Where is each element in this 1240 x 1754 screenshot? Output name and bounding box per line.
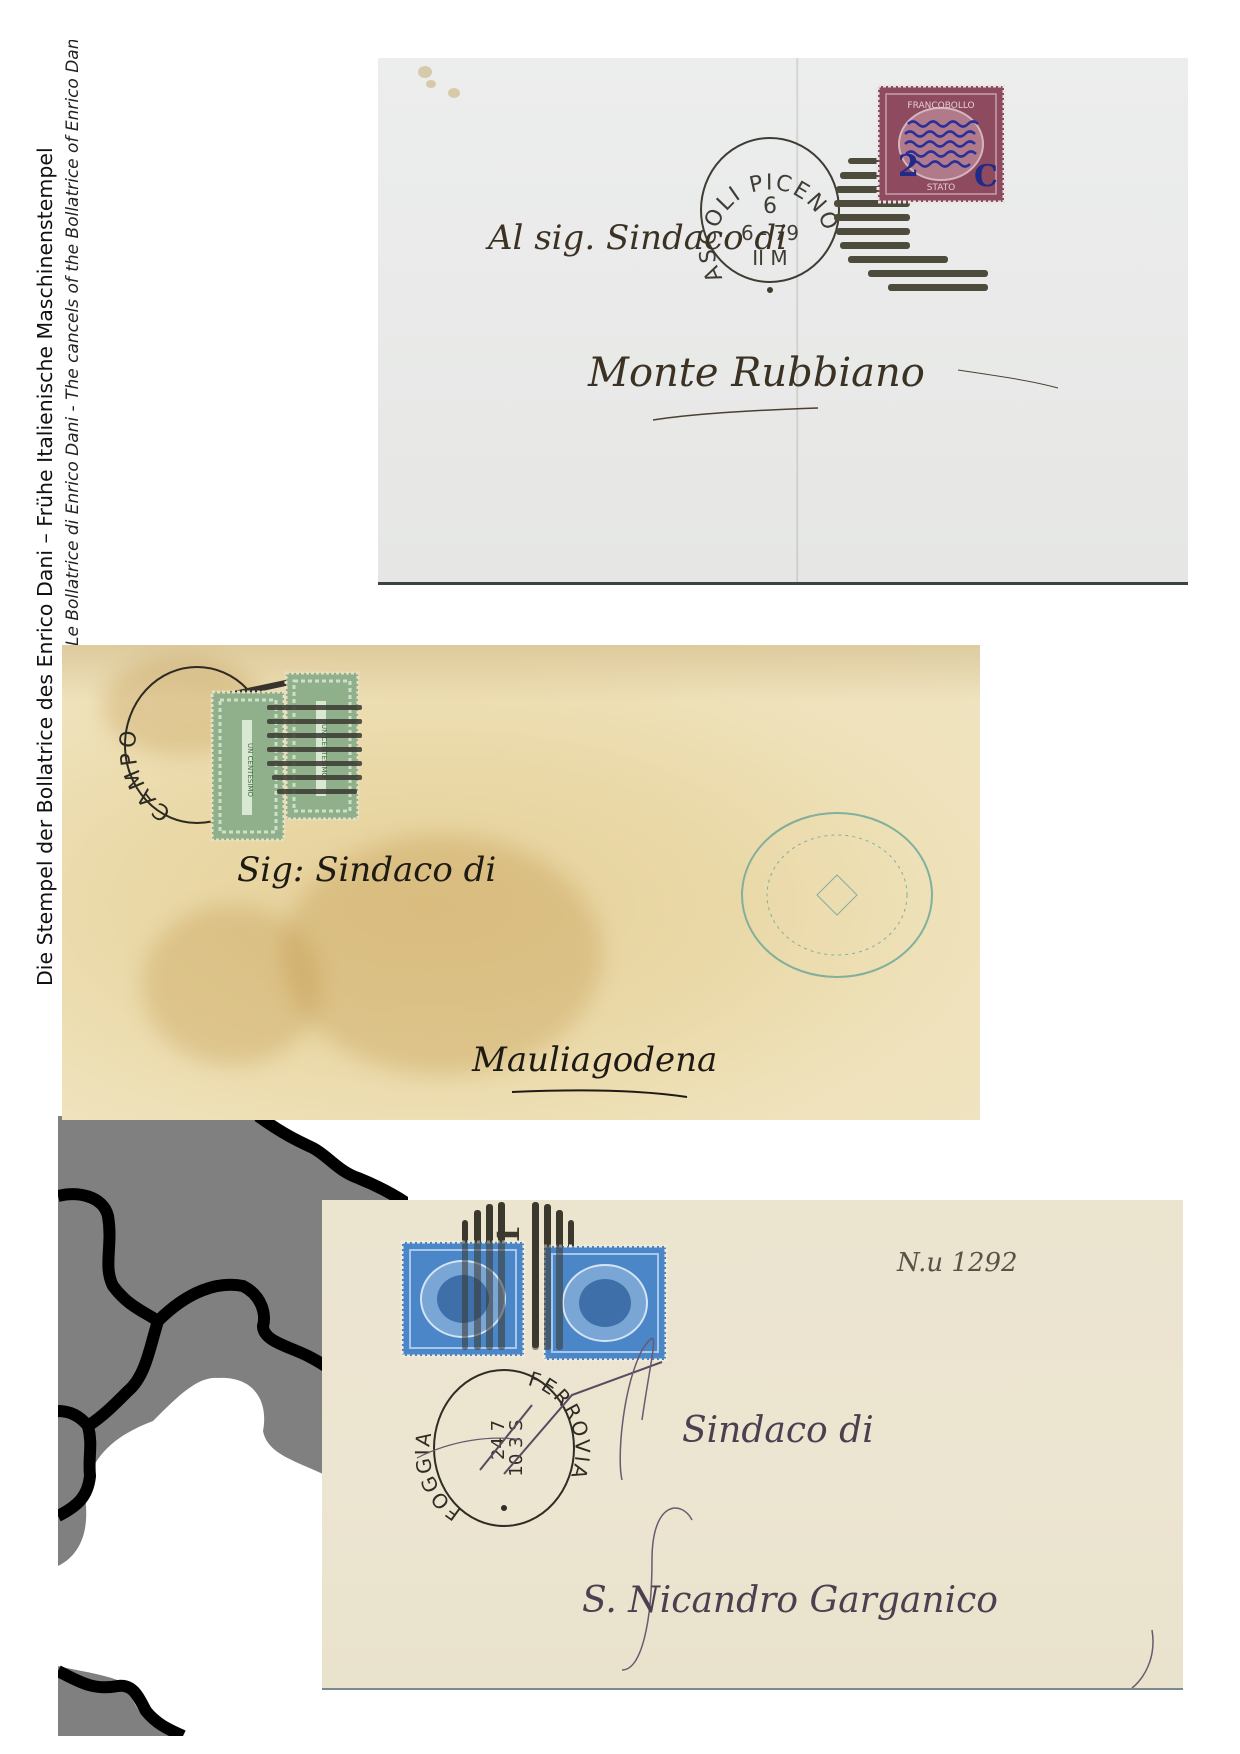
svg-text:6: 6	[763, 194, 777, 219]
postmark-ascoli-piceno: 6 6 - 79 II M ASCOLI PICENO	[695, 138, 843, 293]
docket-note: N.u 1292	[897, 1248, 1018, 1278]
postmark-foggia-ferrovia: 24 7 10 3 S FOGGIA FERROVIA	[410, 1367, 594, 1526]
stamp-pair-1c-green: UN CENTESIMO UN CENTESIMO	[212, 673, 358, 840]
subtitle-clip: Le Bollatrice di Enrico Dani - The cance…	[58, 40, 98, 646]
address-line-2: S. Nicandro Garganico	[582, 1580, 998, 1621]
address-line-1: Sindaco di	[682, 1410, 874, 1451]
svg-text:CAMPO: CAMPO	[116, 726, 176, 826]
stamp-2c-overprint: 2 C FRANCOBOLLO STATO	[878, 86, 1004, 202]
address-line-2: Mauliagodena	[472, 1040, 717, 1080]
svg-text:UN CENTESIMO: UN CENTESIMO	[246, 743, 254, 797]
svg-text:FRANCOBOLLO: FRANCOBOLLO	[907, 101, 974, 111]
page-subtitle: Le Bollatrice di Enrico Dani - The cance…	[63, 40, 83, 646]
official-seal	[742, 813, 932, 977]
address-line-2: Monte Rubbiano	[588, 350, 925, 396]
cover-ascoli-piceno: 6 6 - 79 II M ASCOLI PICENO	[378, 58, 1188, 585]
svg-text:STATO: STATO	[927, 183, 956, 193]
cover-foggia: 1 24 7 10 3 S FO	[322, 1200, 1183, 1690]
svg-text:C: C	[974, 159, 998, 194]
cover-campo: CAMPO UN CENTESIMO UN CENTESIMO	[62, 645, 980, 1120]
page-title: Die Stempel der Bollatrice des Enrico Da…	[33, 147, 57, 986]
address-line-1: Sig: Sindaco di	[237, 850, 496, 890]
address-line-1: Al sig. Sindaco di	[488, 218, 787, 258]
svg-text:FERROVIA: FERROVIA	[526, 1367, 595, 1484]
svg-text:2: 2	[898, 149, 919, 184]
